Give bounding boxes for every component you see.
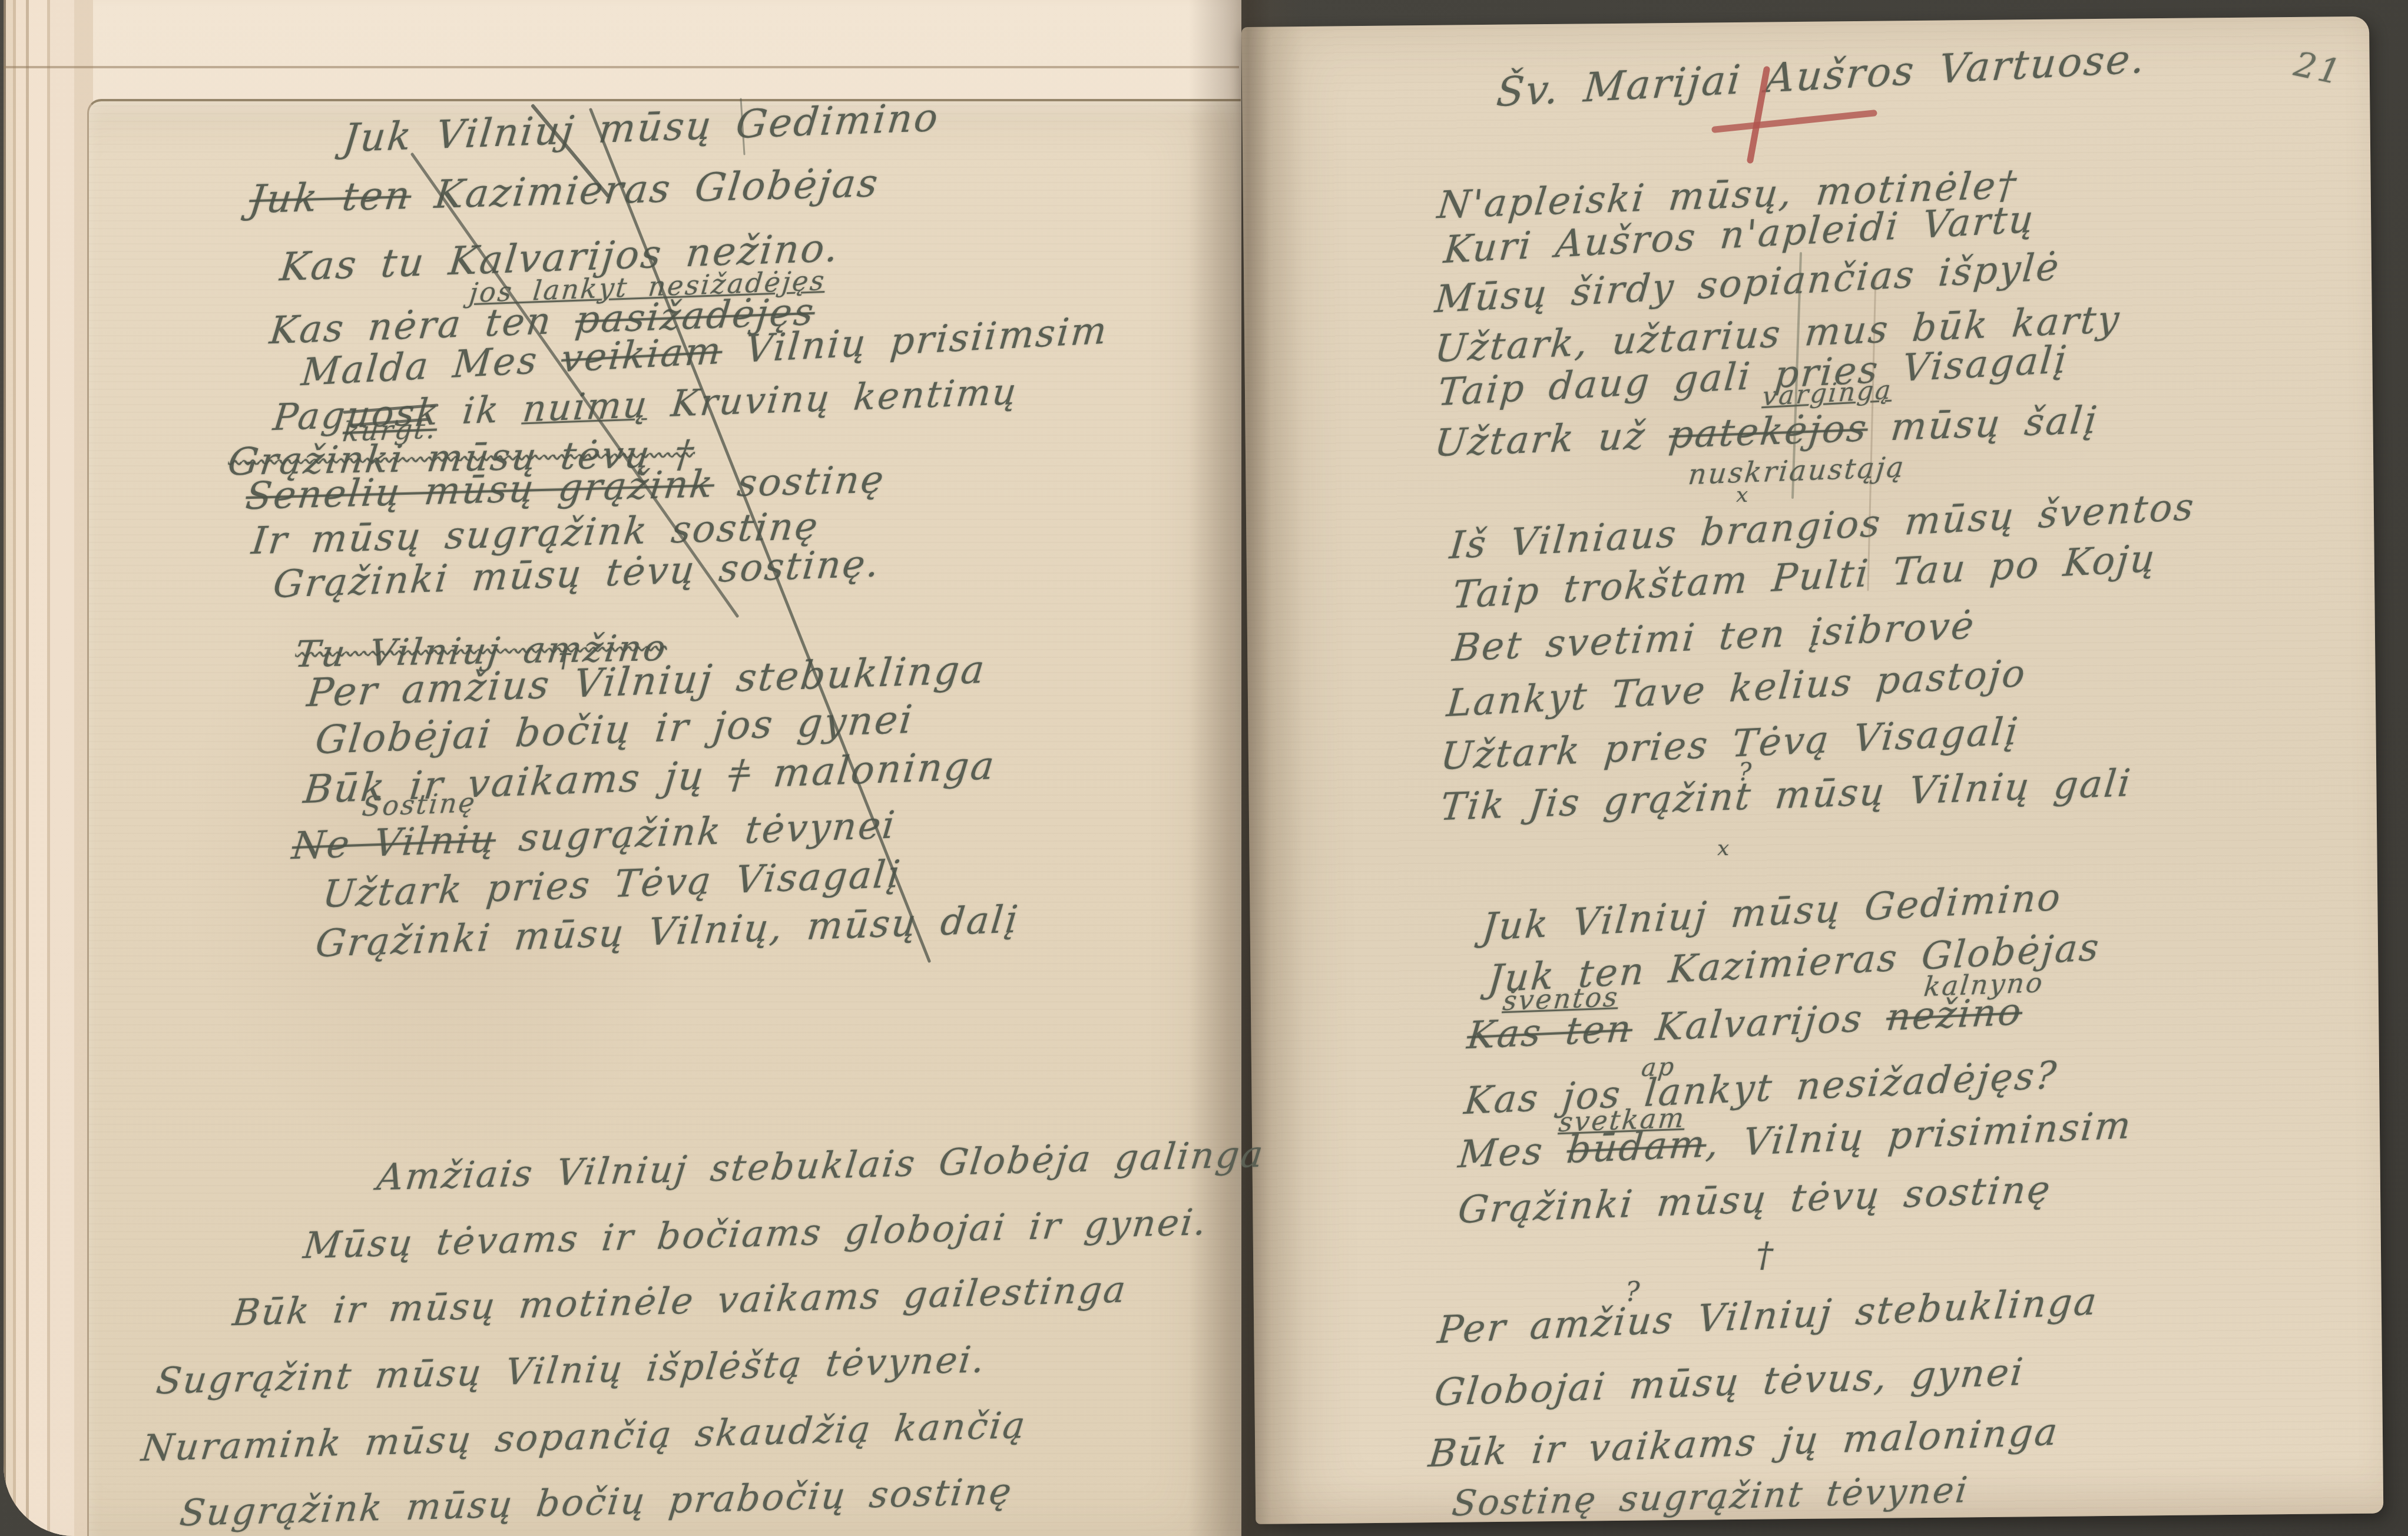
manuscript-word: mūsų šalį: [1866, 399, 2100, 451]
manuscript-word: nuimų: [521, 383, 651, 431]
manuscript-word: sostinę: [712, 458, 887, 507]
manuscript-word: maloninga: [748, 743, 998, 797]
manuscript-word: būdam: [1565, 1123, 1708, 1173]
page-stack-edges: [4, 0, 93, 1536]
pencil-mark: ?: [1738, 757, 1752, 786]
manuscript-word: Sostinę: [360, 786, 478, 822]
pencil-mark: †: [1756, 1234, 1773, 1275]
center-fold-shadow: [1188, 0, 1303, 1536]
backing-page-crease: [4, 66, 1239, 68]
pencil-mark: †: [558, 643, 571, 673]
manuscript-word: Užtark už: [1432, 413, 1671, 465]
manuscript-word: Kas ten: [1465, 1007, 1635, 1058]
pencil-mark: ?: [1625, 1276, 1640, 1307]
manuscript-word: Ne Vilnių: [290, 817, 498, 868]
manuscript-word: patekėjos: [1667, 406, 1870, 457]
manuscript-line: Sostinę: [360, 786, 478, 822]
pencil-mark: x: [1717, 836, 1729, 860]
manuscript-word: veikiam: [559, 329, 724, 382]
manuscript-word: Juk ten: [247, 173, 414, 222]
manuscript-word: nežino: [1884, 990, 2025, 1040]
manuscript-word: Mes: [1456, 1128, 1569, 1177]
pencil-mark: x: [1736, 483, 1748, 507]
scanned-notebook-spread: Juk Vilniuj mūsų GediminoJuk ten Kazimie…: [0, 0, 2408, 1536]
